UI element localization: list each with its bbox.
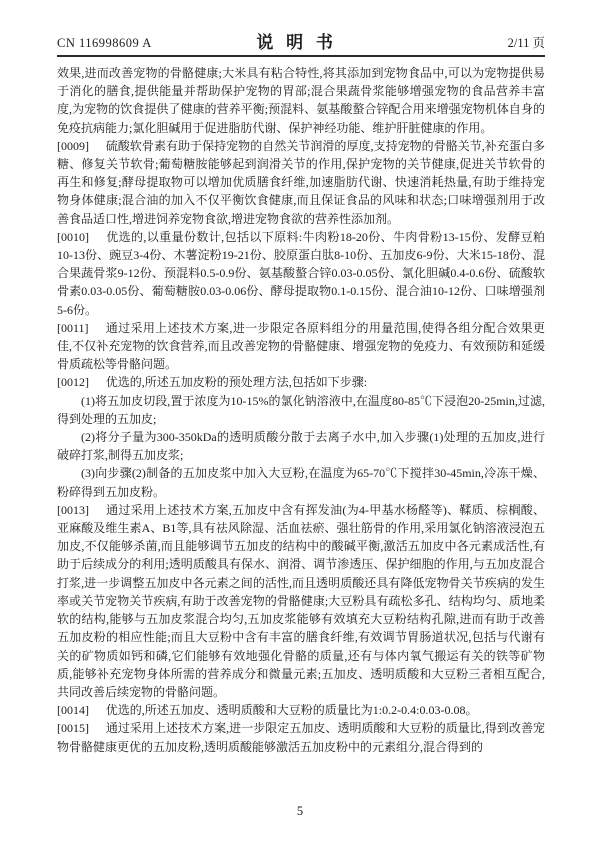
paragraph-text: 优选的,以重量份数计,包括以下原料:牛肉粉18-20份、牛肉骨粉13-15份、发… <box>57 230 545 317</box>
paragraph-0014: [0014]优选的,所述五加皮、透明质酸和大豆粉的质量比为1:0.2-0.4:0… <box>57 701 545 719</box>
paragraph-text: 硫酸软骨素有助于保持宠物的自然关节润滑的厚度,支持宠物的骨骼关节,补充蛋白多糖、… <box>57 139 545 226</box>
paragraph-text: 效果,进而改善宠物的骨骼健康;大米具有粘合特性,将其添加到宠物食品中,可以为宠物… <box>57 66 545 135</box>
paragraph-number: [0013] <box>57 503 89 517</box>
paragraph-text: (2)将分子量为300-350kDa的透明质酸分散于去离子水中,加入步骤(1)处… <box>57 430 545 462</box>
paragraph-text: 通过采用上述技术方案,五加皮中含有挥发油(为4-甲基水杨醛等)、鞣质、棕榈酸、亚… <box>57 503 545 699</box>
page-number: 5 <box>0 804 600 819</box>
paragraph-number: [0012] <box>57 375 89 389</box>
paragraph-number: [0009] <box>57 139 89 153</box>
paragraph-number: [0015] <box>57 721 89 735</box>
page-indicator: 2/11 页 <box>508 33 545 51</box>
paragraph-0015: [0015]通过采用上述技术方案,进一步限定五加皮、透明质酸和大豆粉的质量比,得… <box>57 719 545 755</box>
paragraph-text: 优选的,所述五加皮粉的预处理方法,包括如下步骤: <box>106 375 367 389</box>
paragraph-continuation: 效果,进而改善宠物的骨骼健康;大米具有粘合特性,将其添加到宠物食品中,可以为宠物… <box>57 64 545 137</box>
patent-specification-page: CN 116998609 A 说明书 2/11 页 效果,进而改善宠物的骨骼健康… <box>0 0 600 849</box>
paragraph-0012: [0012]优选的,所述五加皮粉的预处理方法,包括如下步骤: <box>57 373 545 391</box>
paragraph-0010: [0010]优选的,以重量份数计,包括以下原料:牛肉粉18-20份、牛肉骨粉13… <box>57 228 545 319</box>
paragraph-step-1: (1)将五加皮切段,置于浓度为10-15%的氯化钠溶液中,在温度80-85℃下浸… <box>57 392 545 428</box>
paragraph-text: 通过采用上述技术方案,进一步限定五加皮、透明质酸和大豆粉的质量比,得到改善宠物骨… <box>57 721 545 753</box>
paragraph-text: 优选的,所述五加皮、透明质酸和大豆粉的质量比为1:0.2-0.4:0.03-0.… <box>106 703 478 717</box>
paragraph-number: [0014] <box>57 703 89 717</box>
paragraph-number: [0010] <box>57 230 89 244</box>
paragraph-step-2: (2)将分子量为300-350kDa的透明质酸分散于去离子水中,加入步骤(1)处… <box>57 428 545 464</box>
paragraph-0011: [0011]通过采用上述技术方案,进一步限定各原料组分的用量范围,使得各组分配合… <box>57 319 545 374</box>
paragraph-0013: [0013]通过采用上述技术方案,五加皮中含有挥发油(为4-甲基水杨醛等)、鞣质… <box>57 501 545 701</box>
paragraph-number: [0011] <box>57 321 89 335</box>
paragraph-text: 通过采用上述技术方案,进一步限定各原料组分的用量范围,使得各组分配合效果更佳,不… <box>57 321 545 371</box>
paragraph-text: (3)向步骤(2)制备的五加皮浆中加入大豆粉,在温度为65-70℃下搅拌30-4… <box>57 466 545 498</box>
page-header: CN 116998609 A 说明书 2/11 页 <box>57 28 545 57</box>
document-title: 说明书 <box>256 28 345 53</box>
specification-body: 效果,进而改善宠物的骨骼健康;大米具有粘合特性,将其添加到宠物食品中,可以为宠物… <box>57 64 545 756</box>
paragraph-step-3: (3)向步骤(2)制备的五加皮浆中加入大豆粉,在温度为65-70℃下搅拌30-4… <box>57 464 545 500</box>
paragraph-0009: [0009]硫酸软骨素有助于保持宠物的自然关节润滑的厚度,支持宠物的骨骼关节,补… <box>57 137 545 228</box>
patent-number: CN 116998609 A <box>57 36 152 51</box>
paragraph-text: (1)将五加皮切段,置于浓度为10-15%的氯化钠溶液中,在温度80-85℃下浸… <box>57 394 545 426</box>
